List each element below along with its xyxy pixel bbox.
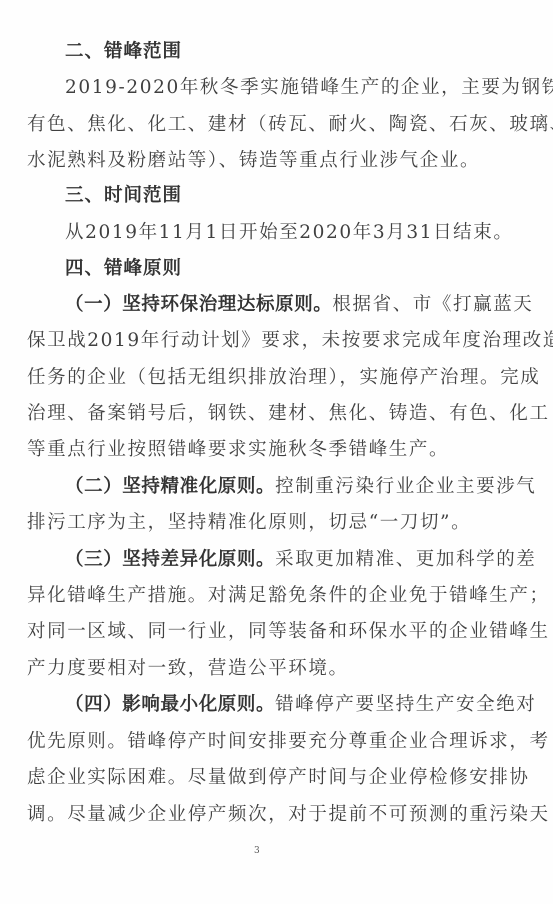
principle-4-text: 错峰停产要坚持生产安全绝对 bbox=[275, 694, 536, 715]
paragraph-line: 异化错峰生产措施。对满足豁免条件的企业免于错峰生产； bbox=[27, 578, 487, 614]
principle-2-title: （二）坚持精准化原则。 bbox=[65, 476, 275, 497]
section-heading-time: 三、时间范围 bbox=[65, 178, 485, 214]
paragraph-line: 保卫战2019年行动计划》要求，未按要求完成年度治理改造 bbox=[27, 323, 487, 359]
paragraph-line: 优先原则。错峰停产时间安排要充分尊重企业合理诉求，考 bbox=[27, 724, 487, 760]
paragraph-line: 产力度要相对一致，营造公平环境。 bbox=[27, 651, 487, 687]
paragraph-line: 虑企业实际困难。尽量做到停产时间与企业停检修安排协 bbox=[27, 760, 487, 796]
principle-1-text: 根据省、市《打赢蓝天 bbox=[332, 294, 533, 315]
paragraph-line: 调。尽量减少企业停产频次，对于提前不可预测的重污染天 bbox=[27, 797, 487, 833]
principle-4-line: （四）影响最小化原则。错峰停产要坚持生产安全绝对 bbox=[65, 687, 485, 723]
principle-2-line: （二）坚持精准化原则。控制重污染行业企业主要涉气 bbox=[65, 469, 485, 505]
principle-4-title: （四）影响最小化原则。 bbox=[65, 694, 275, 715]
paragraph-line: 任务的企业（包括无组织排放治理），实施停产治理。完成 bbox=[27, 360, 487, 396]
section-heading-principles: 四、错峰原则 bbox=[65, 251, 485, 287]
paragraph-line: 排污工序为主，坚持精准化原则，切忌“一刀切”。 bbox=[27, 505, 487, 541]
paragraph-line: 有色、焦化、化工、建材（砖瓦、耐火、陶瓷、石灰、玻璃、 bbox=[27, 107, 487, 143]
principle-3-text: 采取更加精准、更加科学的差 bbox=[275, 549, 536, 570]
principle-1-line: （一）坚持环保治理达标原则。根据省、市《打赢蓝天 bbox=[65, 287, 485, 323]
paragraph-line: 等重点行业按照错峰要求实施秋冬季错峰生产。 bbox=[27, 432, 487, 468]
principle-1-title: （一）坚持环保治理达标原则。 bbox=[65, 294, 332, 315]
section-heading-scope: 二、错峰范围 bbox=[65, 34, 485, 70]
paragraph-line: 从2019年11月1日开始至2020年3月31日结束。 bbox=[65, 215, 485, 251]
principle-2-text: 控制重污染行业企业主要涉气 bbox=[275, 476, 536, 497]
document-page: 二、错峰范围 2019-2020年秋冬季实施错峰生产的企业，主要为钢铁、 有色、… bbox=[0, 0, 553, 904]
paragraph-line: 水泥熟料及粉磨站等）、铸造等重点行业涉气企业。 bbox=[27, 143, 487, 179]
paragraph-line: 治理、备案销号后，钢铁、建材、焦化、铸造、有色、化工 bbox=[27, 396, 487, 432]
paragraph-line: 2019-2020年秋冬季实施错峰生产的企业，主要为钢铁、 bbox=[65, 70, 485, 106]
principle-3-title: （三）坚持差异化原则。 bbox=[65, 549, 275, 570]
paragraph-line: 对同一区域、同一行业，同等装备和环保水平的企业错峰生 bbox=[27, 614, 487, 650]
principle-3-line: （三）坚持差异化原则。采取更加精准、更加科学的差 bbox=[65, 542, 485, 578]
page-number: 3 bbox=[254, 846, 260, 856]
